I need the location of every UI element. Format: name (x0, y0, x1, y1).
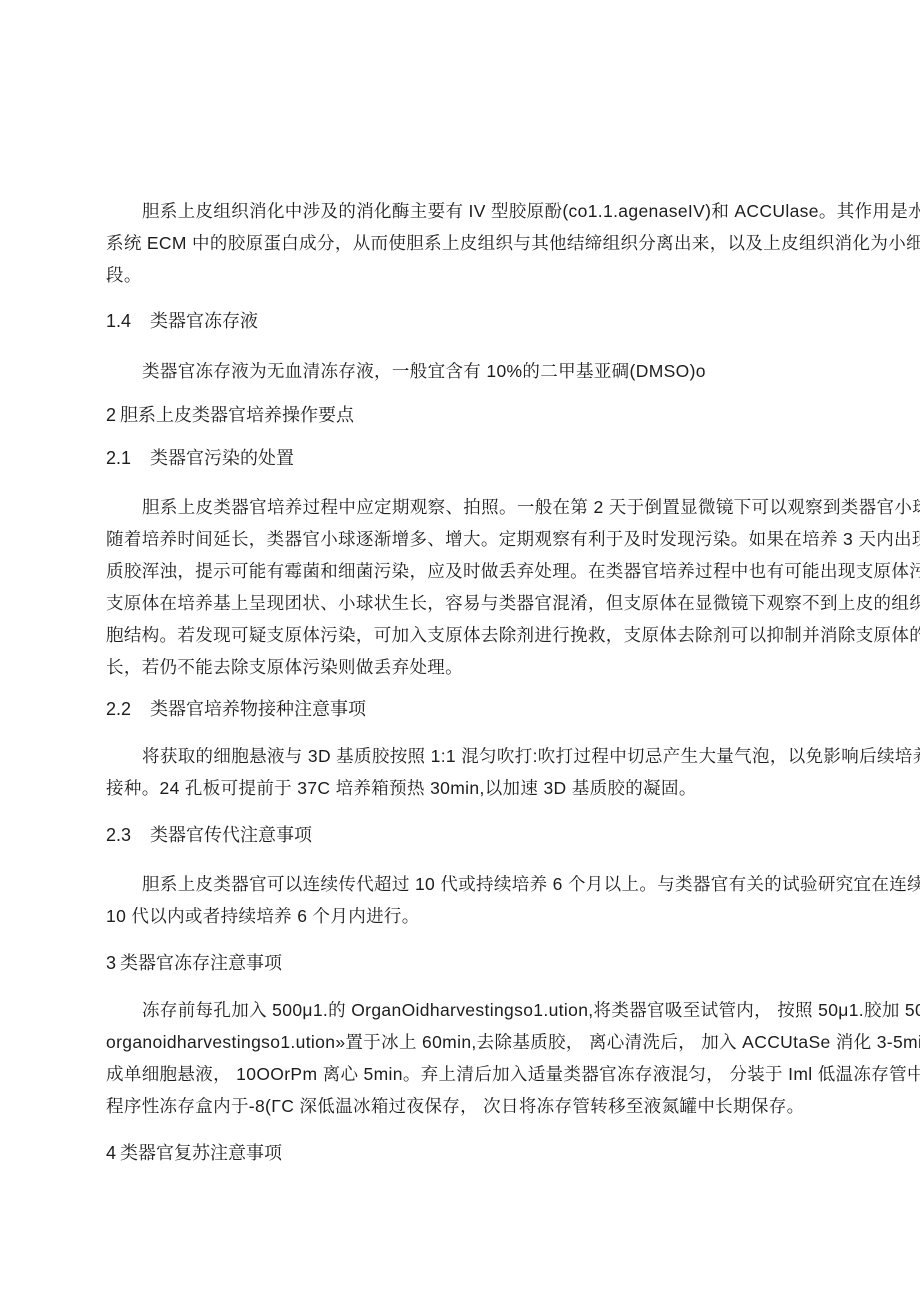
section-heading-2-3: 2.3类器官传代注意事项 (106, 819, 858, 851)
paragraph-line: organoidharvestingso1.ution»置于冰上 60min,去… (106, 1026, 858, 1058)
heading-number: 2.3 (106, 819, 131, 851)
heading-title: 类器官复苏注意事项 (120, 1143, 282, 1163)
paragraph-line: 随着培养时间延长，类器官小球逐渐增多、增大。定期观察有利于及时发现污染。如果在培… (106, 523, 858, 555)
paragraph-line: 胆系上皮类器官培养过程中应定期观察、拍照。一般在第 2 天于倒置显微镜下可以观察… (106, 491, 858, 523)
heading-title: 类器官传代注意事项 (150, 825, 312, 845)
heading-number: 4 (106, 1137, 116, 1169)
paragraph-line: 类器官冻存液为无血清冻存液，一般宜含有 10%的二甲基亚碉(DMSO)o (106, 355, 858, 387)
paragraph-line: 段。 (106, 259, 858, 291)
paragraph-line: 质胶浑浊，提示可能有霉菌和细菌污染，应及时做丢弃处理。在类器官培养过程中也有可能… (106, 555, 858, 587)
paragraph-line: 胞结构。若发现可疑支原体污染，可加入支原体去除剂进行挽救，支原体去除剂可以抑制并… (106, 619, 858, 651)
section-heading-1-4: 1.4类器官冻存液 (106, 305, 858, 337)
paragraph-line: 胆系上皮组织消化中涉及的消化酶主要有 IV 型胶原酚(co1.1.agenase… (106, 195, 858, 227)
document-page: 胆系上皮组织消化中涉及的消化酶主要有 IV 型胶原酚(co1.1.agenase… (0, 0, 920, 1301)
heading-number: 2.2 (106, 693, 131, 725)
paragraph-line: 成单细胞悬液， 10OOrPm 离心 5min。弃上清后加入适量类器官冻存液混匀… (106, 1058, 858, 1090)
paragraph-line: 程序性冻存盒内于-8(ΓC 深低温冰箱过夜保存， 次日将冻存管转移至液氮罐中长期… (106, 1090, 858, 1122)
heading-title: 胆系上皮类器官培养操作要点 (120, 405, 354, 425)
paragraph-passaging-notes: 胆系上皮类器官可以连续传代超过 10 代或持续培养 6 个月以上。与类器官有关的… (106, 868, 858, 932)
paragraph-line: 长，若仍不能去除支原体污染则做丢弃处理。 (106, 651, 858, 683)
section-heading-2: 2胆系上皮类器官培养操作要点 (106, 399, 858, 431)
paragraph-line: 系统 ECM 中的胶原蛋白成分，从而使胆系上皮组织与其他结缔组织分离出来，以及上… (106, 227, 858, 259)
paragraph-line: 接种。24 孔板可提前于 37C 培养箱预热 30min,以加速 3D 基质胶的… (106, 772, 858, 804)
document-content: 胆系上皮组织消化中涉及的消化酶主要有 IV 型胶原酚(co1.1.agenase… (106, 195, 858, 1169)
paragraph-line: 冻存前每孔加入 500μ1.的 OrganOidharvestingso1.ut… (106, 994, 858, 1026)
paragraph-cryopreservation-notes: 冻存前每孔加入 500μ1.的 OrganOidharvestingso1.ut… (106, 994, 858, 1122)
paragraph-line: 胆系上皮类器官可以连续传代超过 10 代或持续培养 6 个月以上。与类器官有关的… (106, 868, 858, 900)
paragraph-line: 10 代以内或者持续培养 6 个月内进行。 (106, 900, 858, 932)
heading-title: 类器官培养物接种注意事项 (150, 699, 366, 719)
heading-title: 类器官冻存液 (150, 311, 258, 331)
heading-title: 类器官冻存注意事项 (120, 953, 282, 973)
paragraph-contamination-handling: 胆系上皮类器官培养过程中应定期观察、拍照。一般在第 2 天于倒置显微镜下可以观察… (106, 491, 858, 683)
heading-number: 1.4 (106, 305, 131, 337)
heading-number: 2.1 (106, 442, 131, 474)
paragraph-line: 将获取的细胞悬液与 3D 基质胶按照 1:1 混匀吹打:吹打过程中切忌产生大量气… (106, 740, 858, 772)
paragraph-line: 支原体在培养基上呈现团状、小球状生长，容易与类器官混淆，但支原体在显微镜下观察不… (106, 587, 858, 619)
paragraph-seeding-notes: 将获取的细胞悬液与 3D 基质胶按照 1:1 混匀吹打:吹打过程中切忌产生大量气… (106, 740, 858, 804)
paragraph-digestion-enzymes: 胆系上皮组织消化中涉及的消化酶主要有 IV 型胶原酚(co1.1.agenase… (106, 195, 858, 291)
section-heading-2-1: 2.1类器官污染的处置 (106, 442, 858, 474)
paragraph-cryopreservation-solution: 类器官冻存液为无血清冻存液，一般宜含有 10%的二甲基亚碉(DMSO)o (106, 355, 858, 387)
section-heading-3: 3类器官冻存注意事项 (106, 947, 858, 979)
heading-title: 类器官污染的处置 (150, 448, 294, 468)
heading-number: 2 (106, 399, 116, 431)
section-heading-4: 4类器官复苏注意事项 (106, 1137, 858, 1169)
section-heading-2-2: 2.2类器官培养物接种注意事项 (106, 693, 858, 725)
heading-number: 3 (106, 947, 116, 979)
